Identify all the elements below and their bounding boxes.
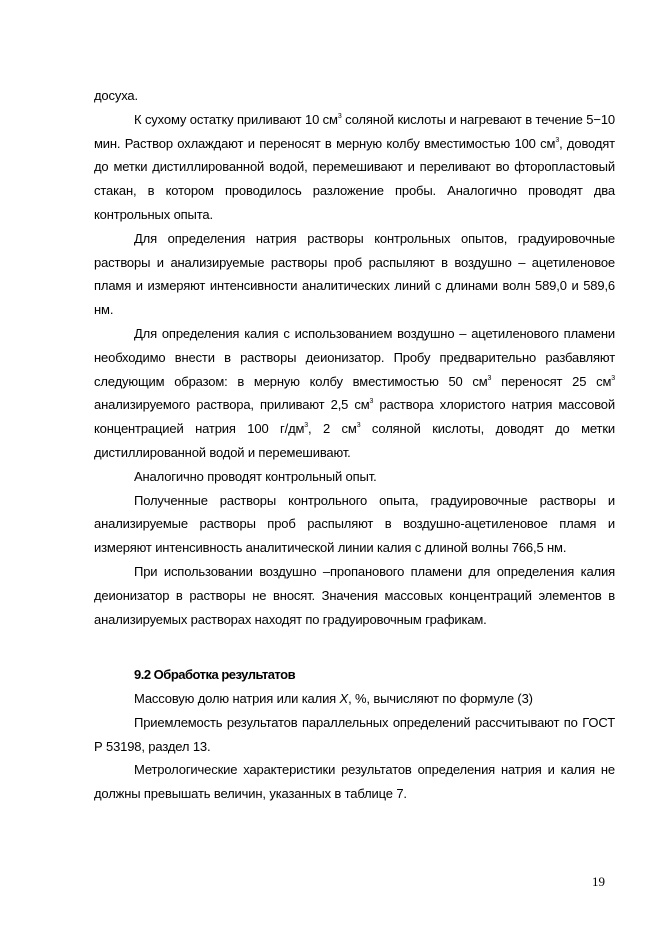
page-number: 19 [592,874,605,890]
text-run: переносят 25 см [491,374,611,389]
paragraph-propane: При использовании воздушно –пропанового … [94,560,615,631]
paragraph-dissolution: К сухому остатку приливают 10 см3 соляно… [94,108,615,227]
paragraph-metrology: Метрологические характеристики результат… [94,758,615,806]
paragraph-continuation: досуха. [94,84,615,108]
text-run: К сухому остатку приливают 10 см [134,112,338,127]
section-heading: 9.2 Обработка результатов [94,663,615,687]
spacer [94,631,615,655]
paragraph-sodium: Для определения натрия растворы контроль… [94,227,615,322]
variable-x: X [340,691,349,706]
text-run: , 2 см [308,421,357,436]
spacer [94,655,615,663]
paragraph-potassium: Для определения калия с использованием в… [94,322,615,465]
paragraph-control: Аналогично проводят контрольный опыт. [94,465,615,489]
paragraph-formula: Массовую долю натрия или калия X, %, выч… [94,687,615,711]
text-run: анализируемого раствора, приливают 2,5 с… [94,397,370,412]
paragraph-measurement: Полученные растворы контрольного опыта, … [94,489,615,560]
paragraph-acceptability: Приемлемость результатов параллельных оп… [94,711,615,759]
superscript: 3 [611,375,615,382]
document-page: досуха. К сухому остатку приливают 10 см… [94,84,615,806]
text-run: Массовую долю натрия или калия [134,691,340,706]
text-run: , %, вычисляют по формуле (3) [348,691,533,706]
